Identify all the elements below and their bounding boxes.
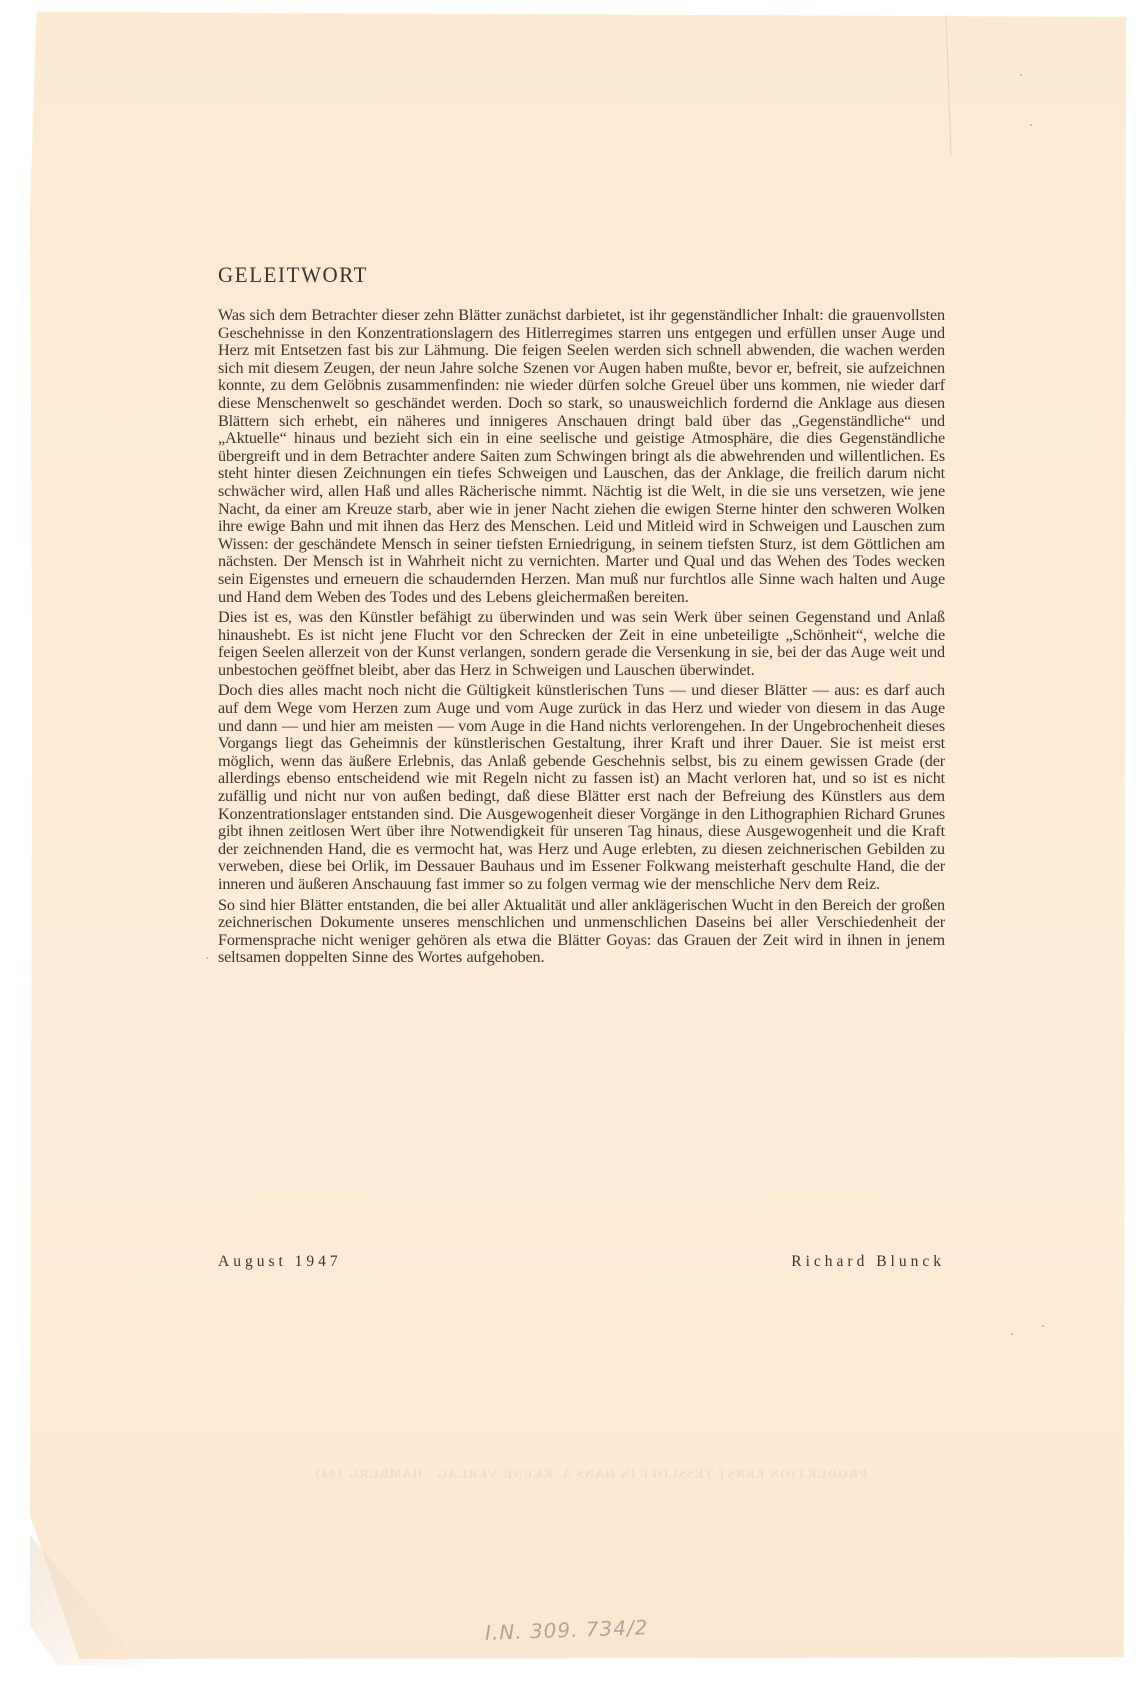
document-title: GELEITWORT: [218, 262, 945, 288]
paragraph-3: Doch dies alles macht noch nicht die Gül…: [218, 682, 945, 893]
signature-row: August 1947 Richard Blunck: [218, 1253, 945, 1271]
paper-speck: [206, 957, 208, 959]
printer-imprint-showthrough: PRODUKTION ERNST TESSLOFF IN HANS A. KEU…: [210, 1467, 970, 1482]
paper-speck: [1030, 124, 1032, 126]
paper-speck: [1020, 74, 1022, 76]
paragraph-4: So sind hier Blätter entstanden, die bei…: [218, 897, 945, 967]
paper-speck: [1011, 1333, 1013, 1335]
paragraph-1: Was sich dem Betrachter dieser zehn Blät…: [218, 307, 945, 606]
paper-speck: [1042, 1325, 1044, 1327]
author-name: Richard Blunck: [791, 1253, 945, 1271]
paragraph-2: Dies ist es, was den Künstler befähigt z…: [218, 609, 945, 679]
foreword-text-block: GELEITWORT Was sich dem Betrachter diese…: [218, 262, 945, 970]
date-line: August 1947: [218, 1253, 342, 1271]
